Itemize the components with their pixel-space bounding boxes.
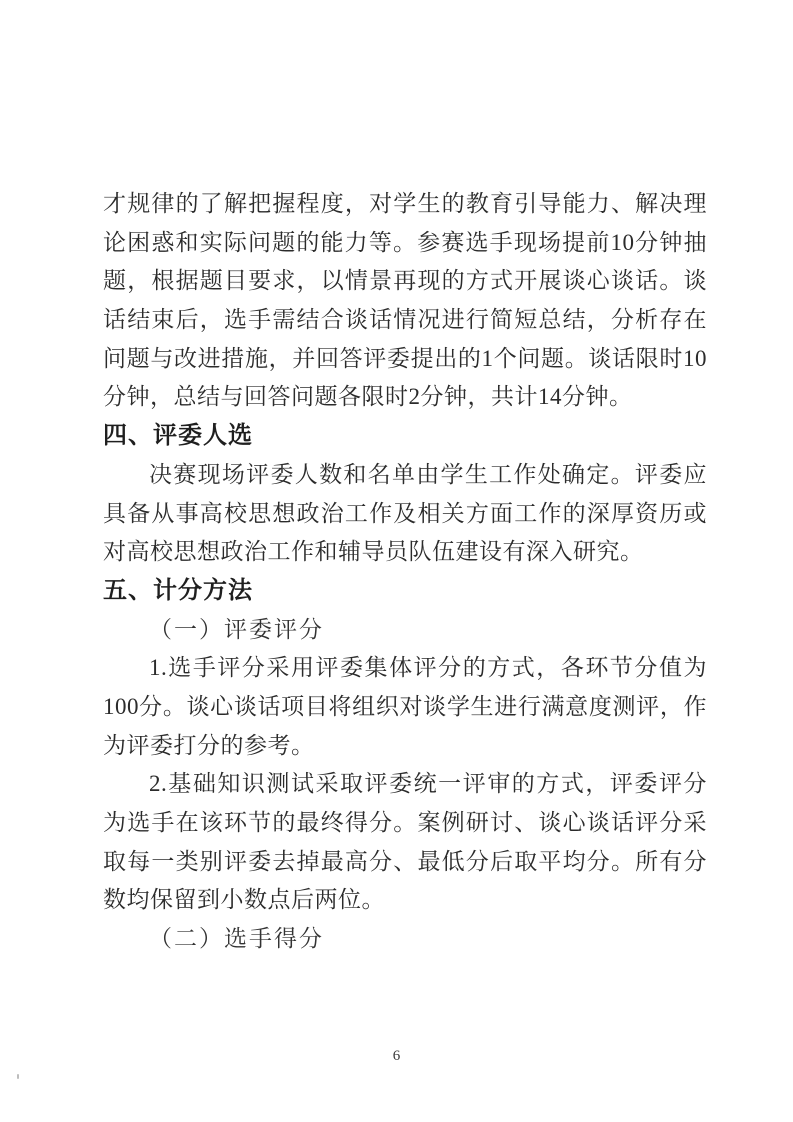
- sub-heading: （二）选手得分: [103, 920, 707, 959]
- text-line: 2.基础知识测试采取评委统一评审的方式，评委评分: [103, 765, 707, 804]
- document-page: 才规律的了解把握程度，对学生的教育引导能力、解决理论困惑和实际问题的能力等。参赛…: [0, 0, 793, 1122]
- text-line: 取每一类别评委去掉最高分、最低分后取平均分。所有分: [103, 843, 707, 882]
- text-line: 为选手在该环节的最终得分。案例研讨、谈心谈话评分采: [103, 804, 707, 843]
- text-line: 论困惑和实际问题的能力等。参赛选手现场提前10分钟抽: [103, 224, 707, 263]
- sub-heading: （一）评委评分: [103, 611, 707, 650]
- page-number: 6: [0, 1048, 793, 1065]
- text-line: 分钟，总结与回答问题各限时2分钟，共计14分钟。: [103, 378, 707, 417]
- text-line: 对高校思想政治工作和辅导员队伍建设有深入研究。: [103, 533, 707, 572]
- scan-artifact: [17, 1074, 19, 1079]
- text-line: 决赛现场评委人数和名单由学生工作处确定。评委应: [103, 456, 707, 495]
- section-heading: 五、计分方法: [103, 572, 707, 611]
- section-heading: 四、评委人选: [103, 417, 707, 456]
- text-line: 问题与改进措施，并回答评委提出的1个问题。谈话限时10: [103, 340, 707, 379]
- text-line: 具备从事高校思想政治工作及相关方面工作的深厚资历或: [103, 495, 707, 534]
- text-line: 才规律的了解把握程度，对学生的教育引导能力、解决理: [103, 185, 707, 224]
- text-line: 数均保留到小数点后两位。: [103, 881, 707, 920]
- text-line: 1.选手评分采用评委集体评分的方式，各环节分值为: [103, 649, 707, 688]
- document-body: 才规律的了解把握程度，对学生的教育引导能力、解决理论困惑和实际问题的能力等。参赛…: [103, 185, 707, 959]
- text-line: 为评委打分的参考。: [103, 727, 707, 766]
- text-line: 题，根据题目要求，以情景再现的方式开展谈心谈话。谈: [103, 262, 707, 301]
- text-line: 话结束后，选手需结合谈话情况进行简短总结，分析存在: [103, 301, 707, 340]
- text-line: 100分。谈心谈话项目将组织对谈学生进行满意度测评，作: [103, 688, 707, 727]
